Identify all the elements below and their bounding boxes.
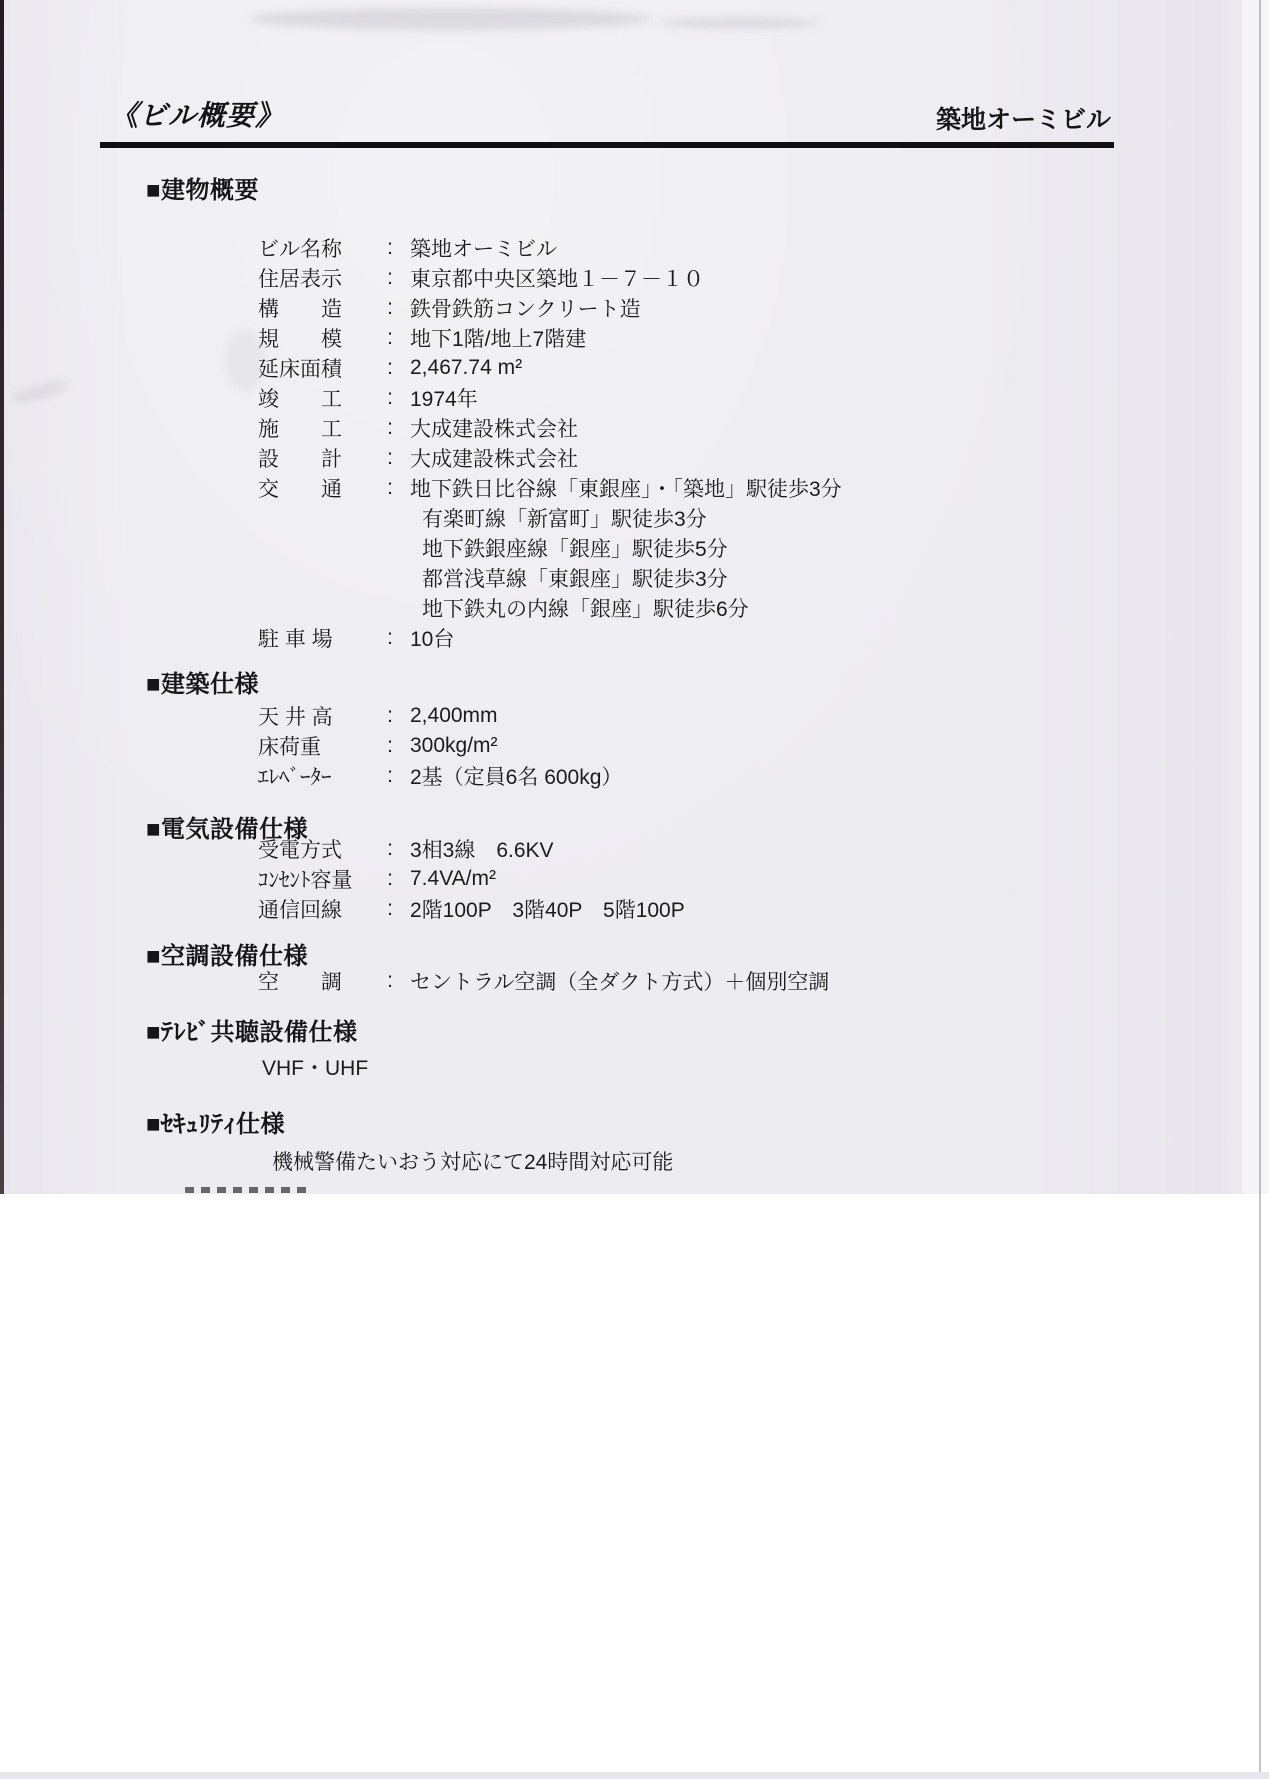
spec-row-designer: 設 計:大成建設株式会社 <box>258 443 842 473</box>
spec-value: 2,400mm <box>398 704 498 728</box>
section-heading-tv-antenna: ■ﾃﾚﾋﾞ共聴設備仕様 <box>146 1012 358 1047</box>
architecture-spec-list: 天 井 高:2,400mm 床荷重:300kg/m² ｴﾚﾍﾞｰﾀｰ:2基（定員… <box>258 701 622 791</box>
spec-value: 築地オーミビル <box>398 233 557 263</box>
spec-value: セントラル空調（全ダクト方式）＋個別空調 <box>398 966 829 996</box>
spec-label: ビル名称 <box>258 233 382 263</box>
spec-colon: : <box>382 867 398 891</box>
spec-value: 300kg/m² <box>398 734 498 758</box>
building-spec-list: ビル名称:築地オーミビル 住居表示:東京都中央区築地１－７－１０ 構 造:鉄骨鉄… <box>258 233 842 653</box>
header-building-name: 築地オーミビル <box>936 100 1111 136</box>
spec-row-transport-line4: 都営浅草線「東銀座」駅徒歩3分 <box>258 563 842 593</box>
spec-value: 7.4VA/m² <box>398 867 496 891</box>
spec-row-building-name: ビル名称:築地オーミビル <box>258 233 842 263</box>
spec-label: 駐 車 場 <box>258 623 382 653</box>
spec-colon: : <box>382 236 398 260</box>
spec-value: 2基（定員6名 600kg） <box>398 761 622 791</box>
spec-row-structure: 構 造:鉄骨鉄筋コンクリート造 <box>258 293 842 323</box>
spec-colon: : <box>382 386 398 410</box>
spec-row-floor-area: 延床面積:2,467.74 m² <box>258 353 842 383</box>
spec-value: 2階100P 3階40P 5階100P <box>398 894 685 924</box>
spec-row-floor-load: 床荷重:300kg/m² <box>258 731 622 761</box>
spec-label: ｺﾝｾﾝﾄ容量 <box>258 864 382 894</box>
spec-row-transport-line2: 有楽町線「新富町」駅徒歩3分 <box>258 503 842 533</box>
spec-colon: : <box>382 837 398 861</box>
spec-row-transport: 交 通:地下鉄日比谷線「東銀座」・「築地」駅徒歩3分 <box>258 473 842 503</box>
spec-row-ceiling-height: 天 井 高:2,400mm <box>258 701 622 731</box>
section-heading-architecture: ■建築仕様 <box>146 664 259 699</box>
spec-value: 地下鉄丸の内線「銀座」駅徒歩6分 <box>410 593 749 623</box>
spec-colon: : <box>382 969 398 993</box>
spec-label: 延床面積 <box>258 353 382 383</box>
spec-colon: : <box>382 266 398 290</box>
scanned-document-page: 《ビル概要》 築地オーミビル ■建物概要 ビル名称:築地オーミビル 住居表示:東… <box>0 0 1269 1779</box>
scan-right-edge-line <box>1259 0 1261 1779</box>
spec-colon: : <box>382 326 398 350</box>
tv-spec-body: VHF・UHF <box>262 1052 368 1082</box>
spec-row-completion: 竣 工:1974年 <box>258 383 842 413</box>
spec-value: 大成建設株式会社 <box>398 443 578 473</box>
spec-value: 地下1階/地上7階建 <box>398 323 586 353</box>
spec-label: 通信回線 <box>258 894 382 924</box>
spec-label: 床荷重 <box>258 731 382 761</box>
spec-label: 設 計 <box>258 443 382 473</box>
spec-value: 大成建設株式会社 <box>398 413 578 443</box>
scan-smudge <box>660 18 820 28</box>
spec-colon: : <box>382 446 398 470</box>
spec-colon: : <box>382 416 398 440</box>
spec-colon: : <box>382 476 398 500</box>
spec-label: 竣 工 <box>258 383 382 413</box>
scan-right-margin <box>1242 0 1269 1194</box>
spec-colon: : <box>382 734 398 758</box>
header-rule <box>100 142 1114 148</box>
spec-colon: : <box>382 296 398 320</box>
spec-colon: : <box>382 897 398 921</box>
spec-label: 交 通 <box>258 473 382 503</box>
spec-label: 構 造 <box>258 293 382 323</box>
scan-smudge <box>9 377 71 406</box>
scan-smudge <box>250 8 650 30</box>
spec-row-scale: 規 模:地下1階/地上7階建 <box>258 323 842 353</box>
spec-value: 2,467.74 m² <box>398 356 522 380</box>
spec-label: 施 工 <box>258 413 382 443</box>
spec-value: 都営浅草線「東銀座」駅徒歩3分 <box>410 563 728 593</box>
spec-label: 住居表示 <box>258 263 382 293</box>
spec-value: 地下鉄日比谷線「東銀座」・「築地」駅徒歩3分 <box>398 473 842 503</box>
spec-row-communication-lines: 通信回線:2階100P 3階40P 5階100P <box>258 894 685 924</box>
spec-colon: : <box>382 764 398 788</box>
spec-value: 東京都中央区築地１－７－１０ <box>398 263 704 293</box>
spec-row-transport-line3: 地下鉄銀座線「銀座」駅徒歩5分 <box>258 533 842 563</box>
spec-row-power-supply: 受電方式:3相3線 6.6KV <box>258 834 685 864</box>
spec-row-parking: 駐 車 場:10台 <box>258 623 842 653</box>
spec-label: ｴﾚﾍﾞｰﾀｰ <box>258 761 382 791</box>
spec-row-address: 住居表示:東京都中央区築地１－７－１０ <box>258 263 842 293</box>
section-heading-security: ■ｾｷｭﾘﾃｨ仕様 <box>146 1104 285 1139</box>
spec-row-transport-line5: 地下鉄丸の内線「銀座」駅徒歩6分 <box>258 593 842 623</box>
hvac-spec-list: 空 調:セントラル空調（全ダクト方式）＋個別空調 <box>258 966 829 996</box>
section-heading-building-overview: ■建物概要 <box>146 170 259 205</box>
spec-label: 規 模 <box>258 323 382 353</box>
security-spec-body: 機械警備たいおう対応にて24時間対応可能 <box>272 1146 673 1176</box>
spec-row-elevator: ｴﾚﾍﾞｰﾀｰ:2基（定員6名 600kg） <box>258 761 622 791</box>
scan-left-edge <box>0 0 4 1194</box>
spec-label: 天 井 高 <box>258 701 382 731</box>
spec-label: 空 調 <box>258 966 382 996</box>
spec-row-constructor: 施 工:大成建設株式会社 <box>258 413 842 443</box>
spec-value: 3相3線 6.6KV <box>398 834 554 864</box>
spec-value: 1974年 <box>398 383 478 413</box>
electrical-spec-list: 受電方式:3相3線 6.6KV ｺﾝｾﾝﾄ容量:7.4VA/m² 通信回線:2階… <box>258 834 685 924</box>
spec-label: 受電方式 <box>258 834 382 864</box>
spec-value: 有楽町線「新富町」駅徒歩3分 <box>410 503 707 533</box>
spec-colon: : <box>382 626 398 650</box>
scan-bottom-strip <box>0 1772 1269 1779</box>
spec-value: 地下鉄銀座線「銀座」駅徒歩5分 <box>410 533 728 563</box>
spec-row-air-conditioning: 空 調:セントラル空調（全ダクト方式）＋個別空調 <box>258 966 829 996</box>
spec-colon: : <box>382 704 398 728</box>
spec-colon: : <box>382 356 398 380</box>
spec-value: 鉄骨鉄筋コンクリート造 <box>398 293 641 323</box>
spec-row-outlet-capacity: ｺﾝｾﾝﾄ容量:7.4VA/m² <box>258 864 685 894</box>
page-title: 《ビル概要》 <box>110 94 284 134</box>
cutoff-text-fragment <box>185 1187 313 1193</box>
spec-value: 10台 <box>398 623 454 653</box>
